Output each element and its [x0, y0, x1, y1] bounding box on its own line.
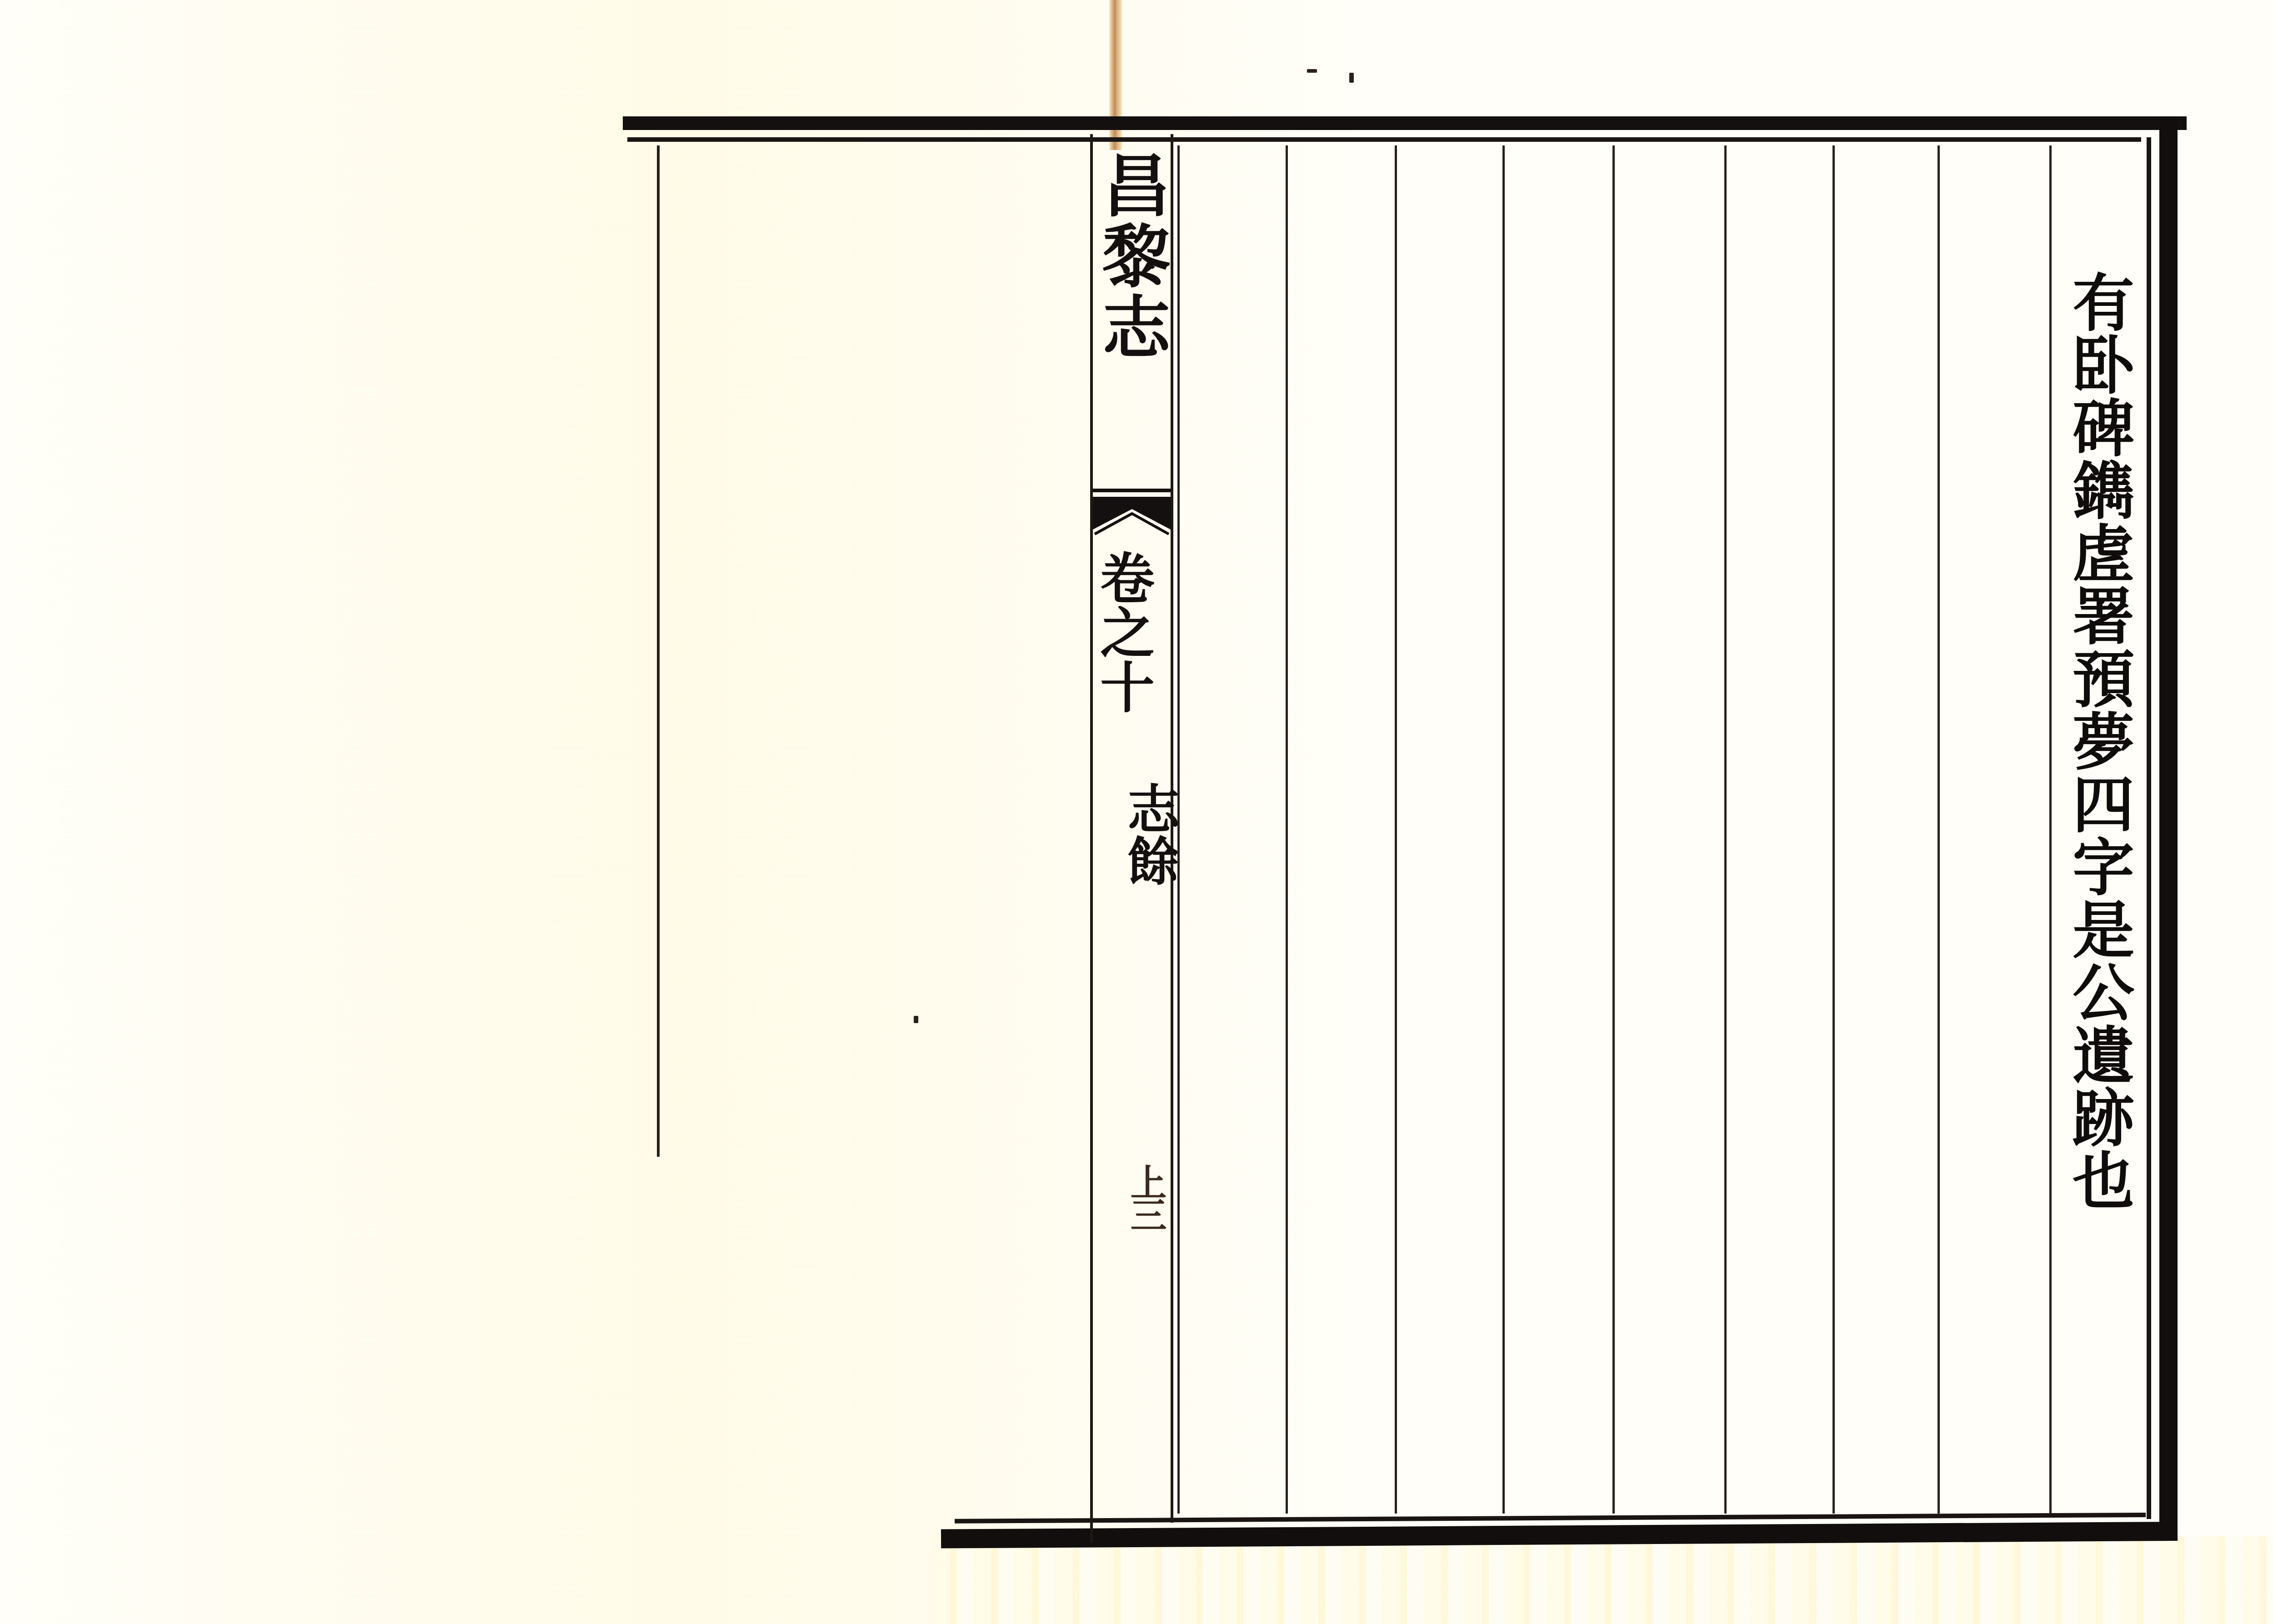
column-rule	[1724, 145, 1727, 1514]
frame-inner-top-rule	[627, 137, 2141, 142]
section-label: 志餘	[1123, 782, 1175, 886]
page-number: 上三	[1127, 1164, 1164, 1229]
column-rule	[1832, 145, 1835, 1514]
volume-label: 卷之十	[1096, 550, 1150, 714]
column-rule	[2049, 145, 2052, 1514]
book-title: 昌黎志	[1096, 150, 1165, 363]
left-page-column-rule	[657, 145, 660, 1157]
paper-stain	[932, 1536, 2273, 1624]
column-rule	[1177, 145, 1180, 1514]
fish-tail-ornament-icon	[1093, 489, 1171, 539]
column-rule	[1395, 145, 1397, 1514]
column-rule	[1502, 145, 1505, 1514]
ink-speck	[914, 1016, 918, 1023]
ink-speck	[1307, 69, 1317, 73]
column-rule	[1612, 145, 1615, 1514]
column-rule	[1286, 145, 1288, 1514]
frame-right-border	[2159, 116, 2178, 1539]
column-rule	[1938, 145, 1940, 1514]
ink-speck	[1349, 73, 1354, 83]
frame-top-border	[623, 116, 2187, 130]
text-column-1: 有卧碑鐫虗署預夢四字是公遺跡也	[2066, 270, 2130, 1211]
frame-inner-right-rule	[2147, 137, 2151, 1519]
